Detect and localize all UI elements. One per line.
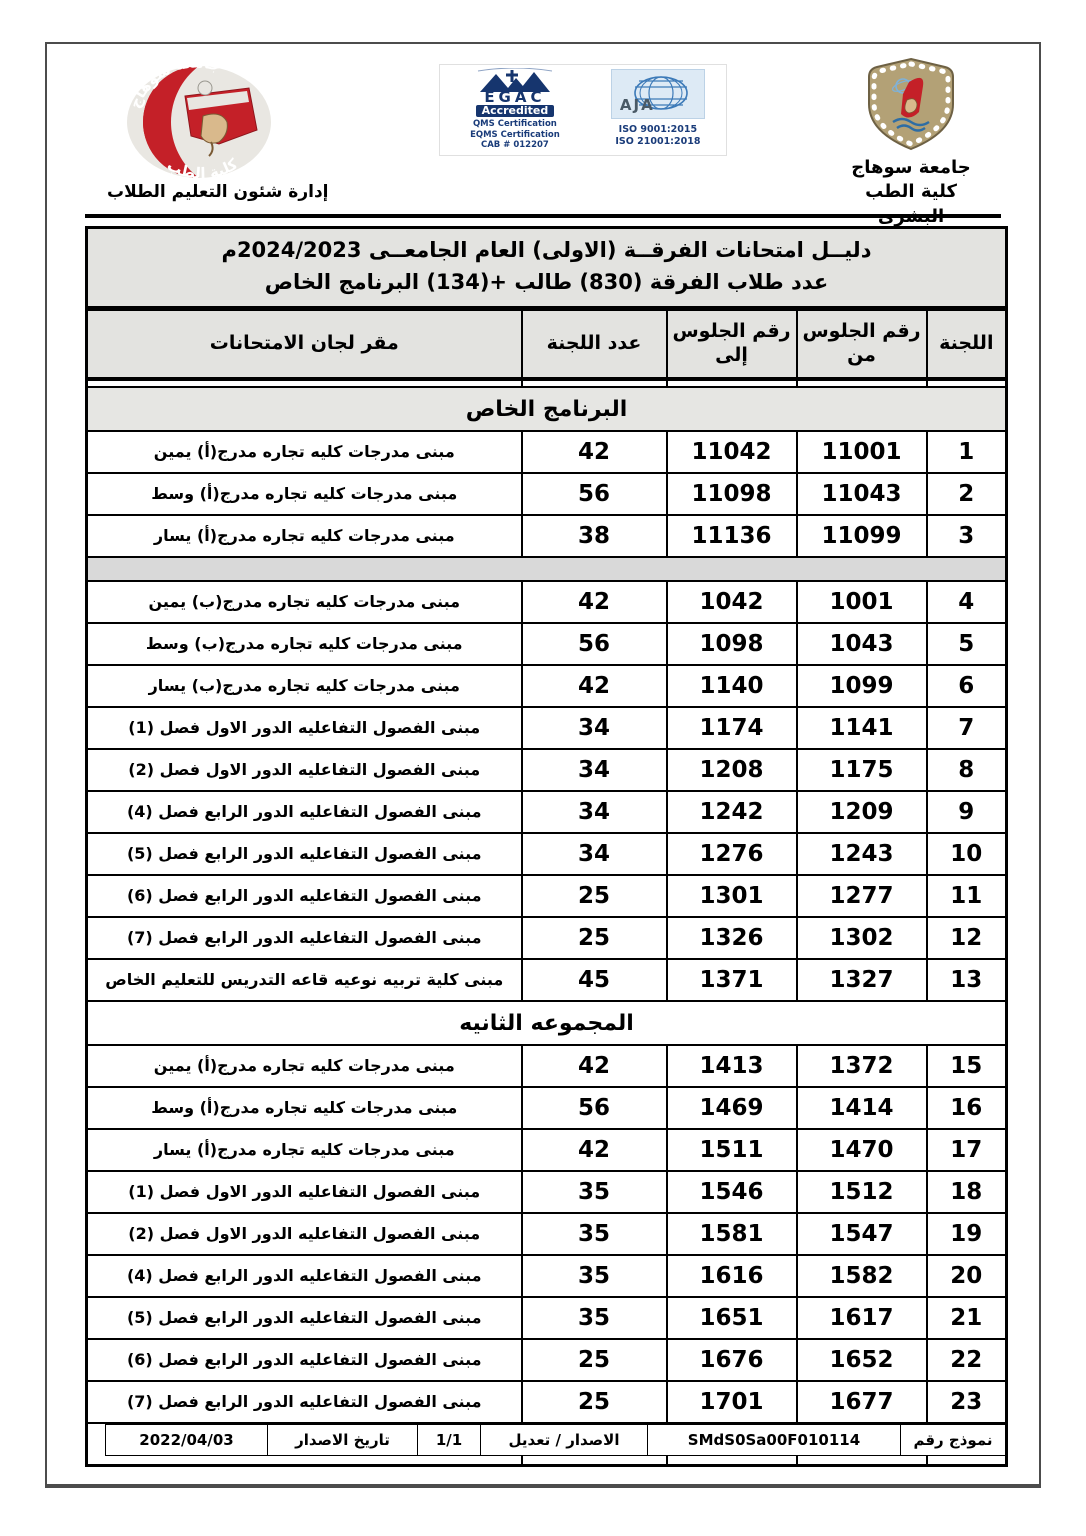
committee-cell: 16 [927, 1087, 1007, 1129]
table-row: 221652167625مبنى الفصول التفاعليه الدور … [87, 1339, 1007, 1381]
table-row: 81175120834مبنى الفصول التفاعليه الدور ا… [87, 749, 1007, 791]
seat-to-cell: 1511 [667, 1129, 797, 1171]
document-header: جامعة سوهاج كلية الطب إدارة شئون التعليم… [47, 44, 1039, 214]
seat-to-cell: 1701 [667, 1381, 797, 1423]
issue-label: الاصدار / تعديل [481, 1425, 648, 1456]
title-line-2: عدد طلاب الفرقة (830) طالب +(134) البرنا… [92, 267, 1001, 299]
seat-from-cell: 11001 [797, 431, 927, 473]
count-cell: 34 [522, 833, 667, 875]
committee-cell: 3 [927, 515, 1007, 557]
seat-to-cell: 1676 [667, 1339, 797, 1381]
university-name: جامعة سوهاج [831, 156, 991, 180]
table-row: 41001104242مبنى مدرجات كليه تجاره مدرج(ب… [87, 581, 1007, 623]
aja-iso-line-1: ISO 9001:2015 [615, 124, 700, 136]
group-separator-band [87, 557, 1007, 581]
seat-to-cell: 1413 [667, 1045, 797, 1087]
seat-from-cell: 1043 [797, 623, 927, 665]
col-header-venue: مقر لجان الامتحانات [87, 309, 522, 380]
seat-to-cell: 11098 [667, 473, 797, 515]
table-row: 2110431109856مبنى مدرجات كليه تجاره مدرج… [87, 473, 1007, 515]
seat-to-cell: 1616 [667, 1255, 797, 1297]
committee-cell: 21 [927, 1297, 1007, 1339]
venue-cell: مبنى الفصول التفاعليه الدور الرابع فصل (… [87, 917, 522, 959]
count-cell: 42 [522, 1045, 667, 1087]
committee-cell: 19 [927, 1213, 1007, 1255]
seat-from-cell: 1327 [797, 959, 927, 1001]
count-cell: 34 [522, 749, 667, 791]
committee-cell: 8 [927, 749, 1007, 791]
seat-from-cell: 1617 [797, 1297, 927, 1339]
seat-from-cell: 11099 [797, 515, 927, 557]
table-row: 151372141342مبنى مدرجات كليه تجاره مدرج(… [87, 1045, 1007, 1087]
university-logo-block: جامعة سوهاج كلية الطب البشرى [831, 56, 991, 229]
table-row: 61099114042مبنى مدرجات كليه تجاره مدرج(ب… [87, 665, 1007, 707]
seat-to-cell: 1242 [667, 791, 797, 833]
seat-to-cell: 1098 [667, 623, 797, 665]
seat-from-cell: 1652 [797, 1339, 927, 1381]
committee-cell: 22 [927, 1339, 1007, 1381]
venue-cell: مبنى مدرجات كليه تجاره مدرج(ب) وسط [87, 623, 522, 665]
seat-to-cell: 1371 [667, 959, 797, 1001]
venue-cell: مبنى الفصول التفاعليه الدور الاول فصل (2… [87, 749, 522, 791]
egac-line-2: EQMS Certification [470, 130, 560, 141]
group-header-row: المجموعه الثانيه [87, 1001, 1007, 1045]
seat-to-cell: 1042 [667, 581, 797, 623]
committee-cell: 17 [927, 1129, 1007, 1171]
page: { "header": { "med_logo": {"arc_top": "ج… [0, 0, 1086, 1536]
col-header-seat-to: رقم الجلوس إلى [667, 309, 797, 380]
aja-logo: AJA ISO 9001:2015 ISO 21001:2018 [590, 65, 726, 155]
egac-accredited-label: Accredited [476, 105, 555, 117]
venue-cell: مبنى الفصول التفاعليه الدور الرابع فصل (… [87, 1255, 522, 1297]
table-row: 211617165135مبنى الفصول التفاعليه الدور … [87, 1297, 1007, 1339]
table-title-row: دليــل امتحانات الفرقــة (الاولى) العام … [87, 228, 1007, 309]
committee-cell: 5 [927, 623, 1007, 665]
venue-cell: مبنى الفصول التفاعليه الدور الاول فصل (1… [87, 1171, 522, 1213]
venue-cell: مبنى الفصول التفاعليه الدور الاول فصل (2… [87, 1213, 522, 1255]
col-header-seat-from: رقم الجلوس من [797, 309, 927, 380]
seat-to-cell: 1581 [667, 1213, 797, 1255]
table-title: دليــل امتحانات الفرقــة (الاولى) العام … [87, 228, 1007, 309]
seat-to-cell: 11136 [667, 515, 797, 557]
table-row: 181512154635مبنى الفصول التفاعليه الدور … [87, 1171, 1007, 1213]
seat-from-cell: 11043 [797, 473, 927, 515]
committee-cell: 6 [927, 665, 1007, 707]
table-row: 231677170125مبنى الفصول التفاعليه الدور … [87, 1381, 1007, 1423]
count-cell: 56 [522, 623, 667, 665]
venue-cell: مبنى مدرجات كليه تجاره مدرج(أ) يسار [87, 1129, 522, 1171]
committee-cell: 9 [927, 791, 1007, 833]
issue-value: 1/1 [418, 1425, 481, 1456]
committee-cell: 2 [927, 473, 1007, 515]
seat-to-cell: 1140 [667, 665, 797, 707]
form-number-value: SMdS0Sa00F010114 [648, 1425, 901, 1456]
aja-badge: AJA [611, 69, 705, 119]
committee-cell: 20 [927, 1255, 1007, 1297]
venue-cell: مبنى الفصول التفاعليه الدور الرابع فصل (… [87, 1297, 522, 1339]
seat-from-cell: 1470 [797, 1129, 927, 1171]
committee-cell: 15 [927, 1045, 1007, 1087]
medicine-faculty-logo: جامعة سوهاج كلية الطب [99, 58, 331, 184]
venue-cell: مبنى الفصول التفاعليه الدور الاول فصل (1… [87, 707, 522, 749]
issue-date-value: 2022/04/03 [106, 1425, 268, 1456]
seat-from-cell: 1243 [797, 833, 927, 875]
count-cell: 56 [522, 473, 667, 515]
egac-line-1: QMS Certification [470, 119, 560, 130]
venue-cell: مبنى الفصول التفاعليه الدور الرابع فصل (… [87, 1339, 522, 1381]
exam-committees-table: دليــل امتحانات الفرقــة (الاولى) العام … [85, 226, 1008, 1467]
count-cell: 42 [522, 665, 667, 707]
university-shield-icon [859, 56, 963, 152]
col-header-count: عدد اللجنة [522, 309, 667, 380]
count-cell: 25 [522, 1381, 667, 1423]
seat-from-cell: 1099 [797, 665, 927, 707]
count-cell: 34 [522, 707, 667, 749]
committee-cell: 4 [927, 581, 1007, 623]
seat-to-cell: 1469 [667, 1087, 797, 1129]
seat-from-cell: 1175 [797, 749, 927, 791]
count-cell: 42 [522, 431, 667, 473]
seat-from-cell: 1277 [797, 875, 927, 917]
count-cell: 25 [522, 875, 667, 917]
table-row: 101243127634مبنى الفصول التفاعليه الدور … [87, 833, 1007, 875]
seat-to-cell: 1326 [667, 917, 797, 959]
count-cell: 34 [522, 791, 667, 833]
venue-cell: مبنى مدرجات كليه تجاره مدرج(أ) وسط [87, 473, 522, 515]
committee-cell: 1 [927, 431, 1007, 473]
department-title: إدارة شئون التعليم الطلاب [107, 182, 329, 202]
venue-cell: مبنى الفصول التفاعليه الدور الرابع فصل (… [87, 833, 522, 875]
count-cell: 35 [522, 1297, 667, 1339]
egac-name: EGAC [484, 90, 545, 105]
seat-from-cell: 1414 [797, 1087, 927, 1129]
table-row: 51043109856مبنى مدرجات كليه تجاره مدرج(ب… [87, 623, 1007, 665]
seat-from-cell: 1512 [797, 1171, 927, 1213]
committee-cell: 18 [927, 1171, 1007, 1213]
count-cell: 56 [522, 1087, 667, 1129]
count-cell: 45 [522, 959, 667, 1001]
table-row: 3110991113638مبنى مدرجات كليه تجاره مدرج… [87, 515, 1007, 557]
table-row: 171470151142مبنى مدرجات كليه تجاره مدرج(… [87, 1129, 1007, 1171]
aja-iso-lines: ISO 9001:2015 ISO 21001:2018 [615, 124, 700, 149]
egac-line-3: CAB # 012207 [470, 140, 560, 151]
seat-from-cell: 1547 [797, 1213, 927, 1255]
table-row: 191547158135مبنى الفصول التفاعليه الدور … [87, 1213, 1007, 1255]
seat-to-cell: 1301 [667, 875, 797, 917]
egac-logo: EGAC Accredited QMS Certification EQMS C… [440, 65, 590, 155]
venue-cell: مبنى مدرجات كليه تجاره مدرج(ب) يمين [87, 581, 522, 623]
venue-cell: مبنى الفصول التفاعليه الدور الرابع فصل (… [87, 791, 522, 833]
committee-cell: 11 [927, 875, 1007, 917]
count-cell: 42 [522, 1129, 667, 1171]
seat-from-cell: 1302 [797, 917, 927, 959]
table-row: 201582161635مبنى الفصول التفاعليه الدور … [87, 1255, 1007, 1297]
table-row: 91209124234مبنى الفصول التفاعليه الدور ا… [87, 791, 1007, 833]
committee-cell: 12 [927, 917, 1007, 959]
group-header-row: البرنامج الخاص [87, 387, 1007, 431]
seat-from-cell: 1582 [797, 1255, 927, 1297]
committee-cell: 23 [927, 1381, 1007, 1423]
count-cell: 25 [522, 1339, 667, 1381]
table-row: 131327137145مبنى كلية تربيه نوعيه قاعه ا… [87, 959, 1007, 1001]
venue-cell: مبنى مدرجات كليه تجاره مدرج(أ) وسط [87, 1087, 522, 1129]
certification-box: EGAC Accredited QMS Certification EQMS C… [439, 64, 727, 156]
column-header-row: اللجنة رقم الجلوس من رقم الجلوس إلى عدد … [87, 309, 1007, 380]
table-row: 161414146956مبنى مدرجات كليه تجاره مدرج(… [87, 1087, 1007, 1129]
form-info-footer: نموذج رقم SMdS0Sa00F010114 الاصدار / تعد… [105, 1424, 1006, 1456]
aja-name: AJA [620, 96, 655, 114]
venue-cell: مبنى الفصول التفاعليه الدور الرابع فصل (… [87, 1381, 522, 1423]
seat-to-cell: 1174 [667, 707, 797, 749]
venue-cell: مبنى كلية تربيه نوعيه قاعه التدريس للتعل… [87, 959, 522, 1001]
document-frame: جامعة سوهاج كلية الطب إدارة شئون التعليم… [45, 42, 1041, 1488]
footer-row: نموذج رقم SMdS0Sa00F010114 الاصدار / تعد… [106, 1425, 1006, 1456]
seat-to-cell: 1276 [667, 833, 797, 875]
count-cell: 35 [522, 1171, 667, 1213]
count-cell: 25 [522, 917, 667, 959]
form-number-label: نموذج رقم [901, 1425, 1006, 1456]
aja-iso-line-2: ISO 21001:2018 [615, 136, 700, 148]
table-row: 1110011104242مبنى مدرجات كليه تجاره مدرج… [87, 431, 1007, 473]
count-cell: 42 [522, 581, 667, 623]
seat-from-cell: 1677 [797, 1381, 927, 1423]
committee-cell: 7 [927, 707, 1007, 749]
title-line-1: دليــل امتحانات الفرقــة (الاولى) العام … [92, 235, 1001, 267]
count-cell: 38 [522, 515, 667, 557]
issue-date-label: تاريخ الاصدار [268, 1425, 418, 1456]
venue-cell: مبنى مدرجات كليه تجاره مدرج(أ) يمين [87, 1045, 522, 1087]
table-row: 111277130125مبنى الفصول التفاعليه الدور … [87, 875, 1007, 917]
seat-to-cell: 1651 [667, 1297, 797, 1339]
group-header-label: البرنامج الخاص [87, 387, 1007, 431]
venue-cell: مبنى مدرجات كليه تجاره مدرج(ب) يسار [87, 665, 522, 707]
seat-to-cell: 1546 [667, 1171, 797, 1213]
committee-cell: 13 [927, 959, 1007, 1001]
group-header-label: المجموعه الثانيه [87, 1001, 1007, 1045]
seat-from-cell: 1141 [797, 707, 927, 749]
seat-to-cell: 1208 [667, 749, 797, 791]
seat-from-cell: 1209 [797, 791, 927, 833]
spacer-row [87, 379, 1007, 387]
faculty-name: كلية الطب البشرى [831, 180, 991, 229]
table-row: 71141117434مبنى الفصول التفاعليه الدور ا… [87, 707, 1007, 749]
table-row: 121302132625مبنى الفصول التفاعليه الدور … [87, 917, 1007, 959]
venue-cell: مبنى الفصول التفاعليه الدور الرابع فصل (… [87, 875, 522, 917]
egac-cert-lines: QMS Certification EQMS Certification CAB… [470, 119, 560, 151]
seat-from-cell: 1372 [797, 1045, 927, 1087]
venue-cell: مبنى مدرجات كليه تجاره مدرج(أ) يمين [87, 431, 522, 473]
exam-table-body: دليــل امتحانات الفرقــة (الاولى) العام … [87, 228, 1007, 1466]
seat-from-cell: 1001 [797, 581, 927, 623]
committee-cell: 10 [927, 833, 1007, 875]
crescent-logo-icon: جامعة سوهاج كلية الطب [99, 58, 331, 180]
count-cell: 35 [522, 1213, 667, 1255]
seat-to-cell: 11042 [667, 431, 797, 473]
count-cell: 35 [522, 1255, 667, 1297]
col-header-committee: اللجنة [927, 309, 1007, 380]
venue-cell: مبنى مدرجات كليه تجاره مدرج(أ) يسار [87, 515, 522, 557]
